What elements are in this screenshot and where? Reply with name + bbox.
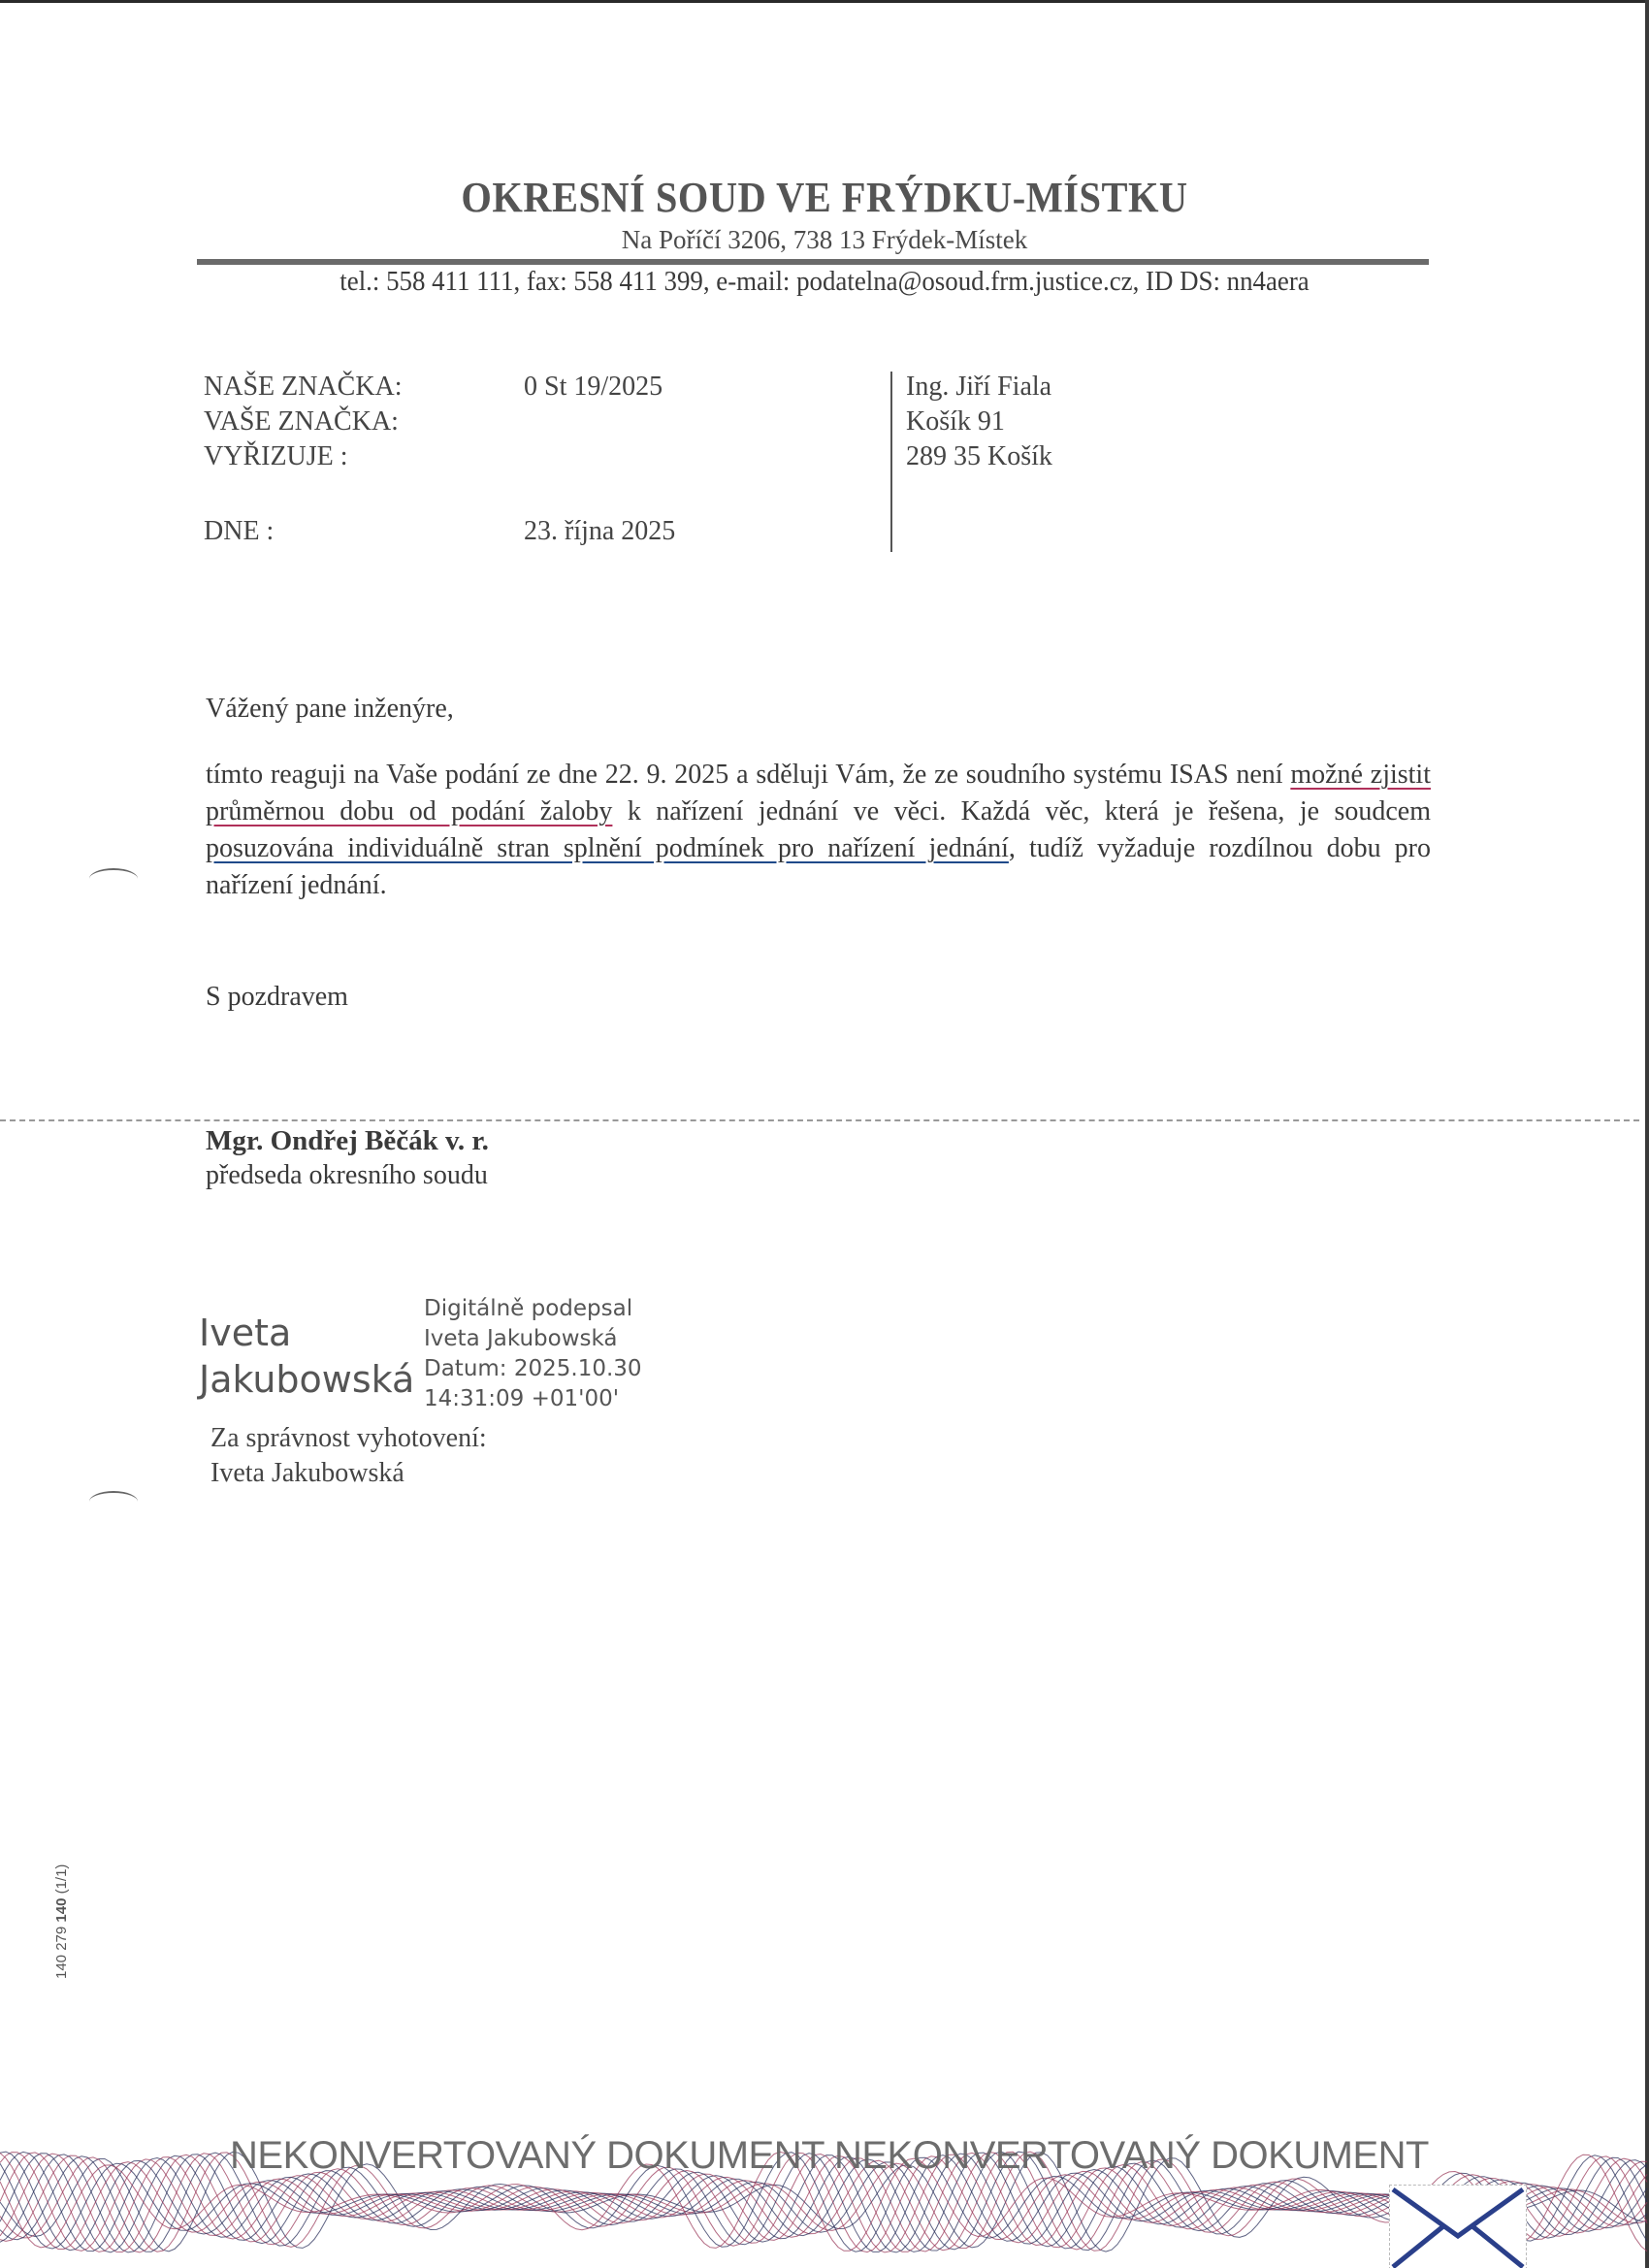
code-suffix: (1/1) [53, 1864, 70, 1898]
digital-signature-last-name: Jakubowská [199, 1356, 414, 1403]
recipient-street: Košík 91 [906, 406, 1005, 437]
code-bold: 140 [53, 1898, 70, 1923]
letter-body: tímto reaguji na Vaše podání ze dne 22. … [206, 757, 1431, 904]
court-address: Na Poříčí 3206, 738 13 Frýdek-Místek [0, 225, 1649, 255]
court-name: OKRESNÍ SOUD VE FRÝDKU-MÍSTKU [66, 173, 1583, 222]
address-divider [890, 372, 892, 552]
salutation: Vážený pane inženýre, [206, 694, 454, 725]
our-ref-label: NAŠE ZNAČKA: [204, 372, 403, 403]
handled-by-label: VYŘIZUJE : [204, 441, 348, 472]
date-label: DNE : [204, 516, 274, 547]
punch-hole-mark [89, 868, 138, 890]
recipient-name: Ing. Jiří Fiala [906, 372, 1051, 403]
digital-signature-first-name: Iveta [199, 1310, 414, 1356]
code-prefix: 140 279 [53, 1923, 70, 1979]
unconverted-document-watermark: NEKONVERTOVANÝ DOKUMENT NEKONVERTOVANÝ D… [230, 2134, 1429, 2178]
digital-signature-details: Digitálně podepsal Iveta Jakubowská Datu… [424, 1294, 642, 1414]
envelope-icon [1389, 2185, 1527, 2268]
signer-role: předseda okresního soudu [206, 1160, 488, 1191]
closing: S pozdravem [206, 982, 348, 1013]
certification-block: Za správnost vyhotovení: Iveta Jakubowsk… [210, 1421, 487, 1491]
our-ref-value: 0 St 19/2025 [524, 372, 663, 403]
recipient-city: 289 35 Košík [906, 441, 1052, 472]
certification-label: Za správnost vyhotovení: [210, 1421, 487, 1456]
your-ref-label: VAŠE ZNAČKA: [204, 406, 399, 437]
punch-hole-mark [89, 1491, 138, 1512]
certification-name: Iveta Jakubowská [210, 1456, 487, 1491]
document-code: 140 279 140 (1/1) [53, 1864, 70, 1979]
header-divider [197, 259, 1429, 265]
date-value: 23. října 2025 [524, 516, 675, 547]
body-text-part: k nařízení jednání ve věci. Každá věc, k… [612, 796, 1431, 826]
fold-line [0, 1119, 1639, 1121]
digital-signature-name: Iveta Jakubowská [199, 1310, 414, 1403]
body-text-part: tímto reaguji na Vaše podání ze dne 22. … [206, 760, 1290, 790]
signer-name: Mgr. Ondřej Běčák v. r. [206, 1125, 489, 1157]
blue-underlined-text: posuzována individuálně stran splnění po… [206, 833, 1009, 863]
scan-border-right [1645, 0, 1649, 2268]
court-contact: tel.: 558 411 111, fax: 558 411 399, e-m… [33, 267, 1616, 298]
scan-border-top [0, 0, 1649, 3]
